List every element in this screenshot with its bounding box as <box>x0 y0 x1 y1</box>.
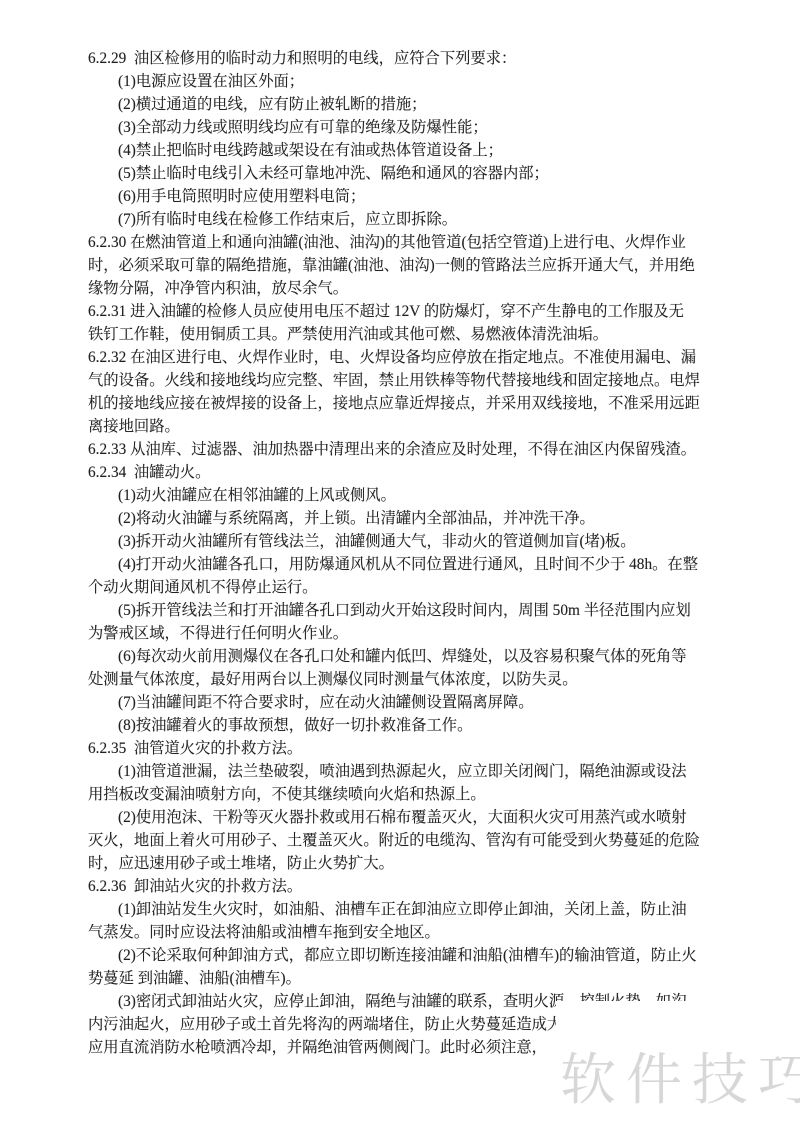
text-line: 6.2.29 油区检修用的临时动力和照明的电线，应符合下列要求： <box>88 47 728 70</box>
text-line: (1)动火油罐应在相邻油罐的上风或侧风。 <box>88 484 728 507</box>
text-line: (5)拆开管线法兰和打开油罐各孔口到动火开始这段时间内，周围 50m 半径范围内… <box>88 599 728 622</box>
text-line: (6)每次动火前用测爆仪在各孔口处和罐内低凹、焊缝处，以及容易积聚气体的死角等 <box>88 645 728 668</box>
text-line: 机的接地线应接在被焊接的设备上，接地点应靠近焊接点，并采用双线接地，不准采用远距 <box>88 392 728 415</box>
text-line: 气蒸发。同时应设法将油船或油槽车拖到安全地区。 <box>88 921 728 944</box>
text-line: 处测量气体浓度，最好用两台以上测爆仪同时测量气体浓度，以防失灵。 <box>88 668 728 691</box>
text-line: 6.2.35 油管道火灾的扑救方法。 <box>88 737 728 760</box>
text-line: 6.2.34 油罐动火。 <box>88 461 728 484</box>
text-line: (3)全部动力线或照明线均应有可靠的绝缘及防爆性能； <box>88 116 728 139</box>
text-line: (2)使用泡沫、干粉等灭火器扑救或用石棉布覆盖灭火，大面积火灾可用蒸汽或水喷射 <box>88 806 728 829</box>
text-line: 6.2.31 进入油罐的检修人员应使用电压不超过 12V 的防爆灯，穿不产生静电… <box>88 300 728 323</box>
text-line: (4)禁止把临时电线跨越或架设在有油或热体管道设备上； <box>88 139 728 162</box>
text-line: 时，必须采取可靠的隔绝措施，靠油罐(油池、油沟)一侧的管路法兰应拆开通大气，并用… <box>88 254 728 277</box>
text-line: (7)所有临时电线在检修工作结束后，应立即拆除。 <box>88 208 728 231</box>
text-line: (2)将动火油罐与系统隔离，并上锁。出清罐内全部油品，并冲洗干净。 <box>88 507 728 530</box>
text-line: 6.2.32 在油区进行电、火焊作业时，电、火焊设备均应停放在指定地点。不准使用… <box>88 346 728 369</box>
watermark-text: 软件技巧 <box>560 1036 800 1116</box>
text-line: 时，应迅速用砂子或土堆堵，防止火势扩大。 <box>88 852 728 875</box>
text-line: (8)按油罐着火的事故预想，做好一切扑救准备工作。 <box>88 714 728 737</box>
text-line: (6)用手电筒照明时应使用塑料电筒； <box>88 185 728 208</box>
text-line: (2)横过通道的电线，应有防止被轧断的措施； <box>88 93 728 116</box>
text-line: (5)禁止临时电线引入未经可靠地冲洗、隔绝和通风的容器内部； <box>88 162 728 185</box>
text-line: (1)电源应设置在油区外面； <box>88 70 728 93</box>
text-line: (1)油管道泄漏，法兰垫破裂，喷油遇到热源起火，应立即关闭阀门，隔绝油源或设法 <box>88 760 728 783</box>
text-line: 6.2.30 在燃油管道上和通向油罐(油池、油沟)的其他管道(包括空管道)上进行… <box>88 231 728 254</box>
text-line: 缘物分隔，冲净管内积油，放尽余气。 <box>88 277 728 300</box>
text-line: (7)当油罐间距不符合要求时，应在动火油罐侧设置隔离屏障。 <box>88 691 728 714</box>
text-line: 用挡板改变漏油喷射方向，不使其继续喷向火焰和热源上。 <box>88 783 728 806</box>
text-line: 6.2.33 从油库、过滤器、油加热器中清理出来的余渣应及时处理，不得在油区内保… <box>88 438 728 461</box>
text-line: 6.2.36 卸油站火灾的扑救方法。 <box>88 875 728 898</box>
text-line: 离接地回路。 <box>88 415 728 438</box>
text-line: 气的设备。火线和接地线均应完整、牢固，禁止用铁棒等物代替接地线和固定接地点。电焊 <box>88 369 728 392</box>
text-line: 为警戒区域，不得进行任何明火作业。 <box>88 622 728 645</box>
text-line: (3)拆开动火油罐所有管线法兰，油罐侧通大气，非动火的管道侧加盲(堵)板。 <box>88 530 728 553</box>
text-line: (4)打开动火油罐各孔口，用防爆通风机从不同位置进行通风，且时间不少于 48h。… <box>88 553 728 576</box>
text-line: (1)卸油站发生火灾时，如油船、油槽车正在卸油应立即停止卸油，关闭上盖，防止油 <box>88 898 728 921</box>
text-line: 势蔓延 到油罐、油船(油槽车)。 <box>88 967 728 990</box>
text-line: 个动火期间通风机不得停止运行。 <box>88 576 728 599</box>
document-body: 6.2.29 油区检修用的临时动力和照明的电线，应符合下列要求：(1)电源应设置… <box>88 47 728 1059</box>
text-line: (2)不论采取何种卸油方式，都应立即切断连接油罐和油船(油槽车)的输油管道，防止… <box>88 944 728 967</box>
document-page: 6.2.29 油区检修用的临时动力和照明的电线，应符合下列要求：(1)电源应设置… <box>0 0 800 1132</box>
text-line: 灭火，地面上着火可用砂子、土覆盖灭火。附近的电缆沟、管沟有可能受到火势蔓延的危险 <box>88 829 728 852</box>
text-line: 铁钉工作鞋，使用铜质工具。严禁使用汽油或其他可燃、易燃液体清洗油垢。 <box>88 323 728 346</box>
